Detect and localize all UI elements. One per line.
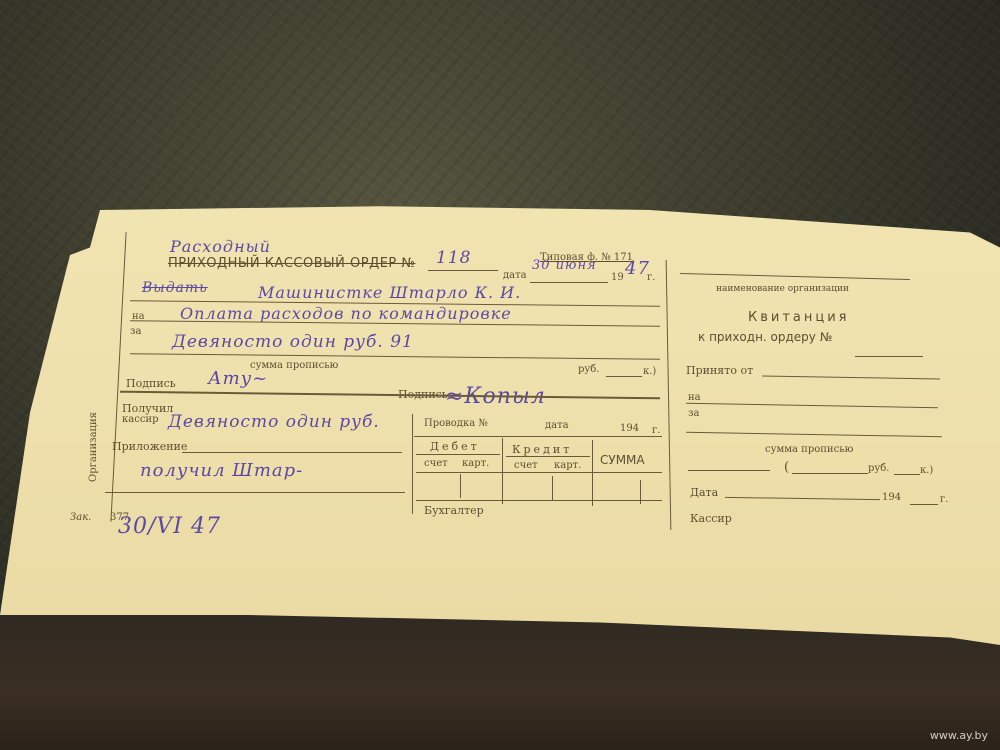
paper-sheet [0, 0, 1000, 750]
purpose-line1: Оплата расходов по командировке [180, 304, 512, 323]
accountant-label: Бухгалтер [424, 504, 484, 517]
receipt-subtitle: к приходн. ордеру № [698, 330, 832, 344]
rub-label: руб. [578, 364, 599, 375]
amount-words-value: Девяносто один руб. 91 [172, 332, 414, 352]
date-line [530, 282, 608, 283]
cashier-label: кассир [122, 414, 158, 425]
receipt-year-suffix: г. [940, 494, 948, 505]
signature-1: Ату~ [208, 368, 268, 389]
posting-header-line [414, 436, 662, 437]
watermark: www.ay.by [930, 729, 988, 742]
receipt-na-label: на [688, 392, 701, 403]
receipt-title: Квитанция [748, 310, 850, 325]
received-value: Девяносто один руб. [168, 412, 380, 432]
receipt-amount-line [688, 470, 770, 471]
debit-card-label: карт. [462, 458, 489, 469]
posting-year: 194 [620, 423, 639, 434]
accepted-from-label: Принято от [686, 364, 753, 377]
kop-label: к.) [643, 366, 656, 377]
attachment-line [182, 452, 402, 453]
posting-label: Проводка № [424, 418, 488, 429]
debit-credit-divider [502, 438, 503, 504]
kop-line [606, 376, 642, 377]
issue-to-value: Машинистке Штарло К. И. [258, 283, 521, 302]
order-number-line [428, 270, 498, 271]
credit-sum-divider [592, 440, 593, 506]
posting-year-suffix: г. [652, 425, 660, 436]
receipt-year: 194 [882, 492, 901, 503]
posting-date-label: дата [545, 420, 569, 431]
debit-subheader-line [416, 454, 500, 455]
attachment-label: Приложение [112, 440, 187, 453]
form-title: ПРИХОДНЫЙ КАССОВЫЙ ОРДЕР № [168, 256, 415, 271]
posting-row-line [416, 472, 662, 473]
handwritten-date-bottom: 30/VI 47 [118, 514, 221, 539]
date-value: 30 июня [532, 258, 597, 273]
organization-vertical-label: Организация [88, 412, 99, 482]
handwritten-title-correction: Расходный [170, 237, 271, 256]
debit-label: Дебет [430, 440, 480, 453]
debit-account-label: счет [424, 458, 448, 469]
attachment-line-2 [105, 492, 405, 493]
posting-bottom-line [416, 500, 662, 501]
receipt-za-label: за [688, 408, 699, 419]
credit-cell-divider [552, 476, 553, 500]
signature-label: Подпись [126, 377, 176, 390]
receipt-kop-line [894, 474, 920, 475]
receipt-paren-open: ( [784, 460, 789, 475]
debit-cell-divider [460, 474, 461, 498]
order-number: 118 [436, 248, 471, 268]
attachment-value: получил Штар- [140, 460, 303, 481]
posting-left-rule [412, 414, 413, 514]
sum-label: СУММА [600, 453, 645, 467]
issue-label-handwritten: Выдать [142, 280, 208, 296]
credit-label: Кредит [512, 443, 572, 456]
form-title-text: ПРИХОДНЫЙ КАССОВЫЙ ОРДЕР № [168, 256, 415, 271]
credit-account-label: счет [514, 460, 538, 471]
credit-subheader-line [506, 456, 590, 457]
zak-label: Зак. [70, 512, 91, 523]
year-suffix: г. [647, 272, 655, 283]
receipt-rub-label: руб. [868, 463, 889, 474]
receipt-date-label: Дата [690, 486, 718, 499]
receipt-amount-words-label: сумма прописью [765, 444, 853, 455]
credit-card-label: карт. [554, 460, 581, 471]
receipt-kop-label: к.) [920, 465, 933, 476]
receipt-year-line [910, 504, 938, 505]
year-prefix: 19 [611, 272, 624, 283]
date-label: дата [503, 270, 527, 281]
receipt-rub-line [792, 473, 868, 474]
receipt-order-number-line [855, 356, 923, 357]
za-label: за [130, 326, 141, 337]
cash-order-document: Организация Расходный ПРИХОДНЫЙ КАССОВЫЙ… [0, 0, 1000, 750]
receipt-cashier-label: Кассир [690, 512, 732, 525]
org-name-label: наименование организации [716, 284, 849, 294]
